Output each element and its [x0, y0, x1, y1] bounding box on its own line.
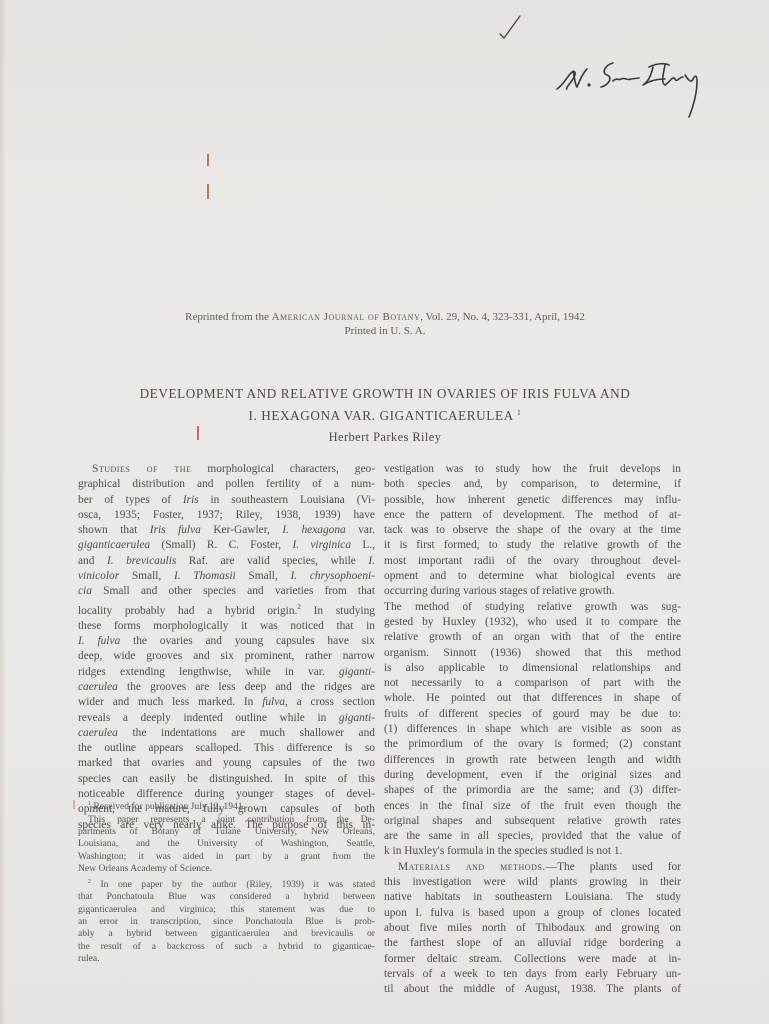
title-line-2: I. HEXAGONA VAR. GIGANTICAERULEA	[248, 408, 513, 423]
section-heading-line: Materials and methods.—The plants used f…	[384, 860, 681, 875]
text-line: cia Small and other species and varietie…	[78, 584, 375, 599]
text-line: former deltaic stream. Collections were …	[384, 952, 681, 967]
text-line: both species and, by comparison, to dete…	[384, 477, 681, 492]
text-line: it is first formed, to study the relativ…	[384, 538, 681, 553]
footnote-line: Washington; it was aided in part by a gr…	[78, 851, 375, 863]
footnote-line: rulea.	[78, 953, 375, 965]
reprint-prefix: Reprinted from the	[185, 311, 271, 323]
text-line: possible, how inherent genetic differenc…	[384, 493, 681, 508]
footnote-1: 1 Received for publication July 12, 1941…	[78, 798, 375, 814]
text-line: fruits of different species of gourd may…	[384, 707, 681, 722]
text-line: ences in the final size of the fruit eve…	[384, 799, 681, 814]
text-line: whole. He pointed out that differences i…	[384, 691, 681, 706]
text-line: locality probably had a hybrid origin.2 …	[78, 600, 375, 619]
text-line: graphical distribution and pollen fertil…	[78, 477, 375, 492]
printed-in: Printed in U. S. A.	[100, 324, 670, 338]
journal-name: American Journal of Botany	[272, 311, 421, 323]
footnote-line: that Ponchatoula Blue was considered a h…	[78, 891, 375, 903]
text-line: vestigation was to study how the fruit d…	[384, 462, 681, 477]
text-line: The method of studying relative growth w…	[384, 600, 681, 615]
article-author: Herbert Parkes Riley	[60, 430, 710, 445]
text-line: (1) differences in shape which are visib…	[384, 722, 681, 737]
pink-margin-mark	[73, 800, 75, 809]
text-line: about five miles north of Thibodaux and …	[384, 921, 681, 936]
text-line: the outline appears scalloped. This diff…	[78, 741, 375, 756]
text-line: vinicolor Small, I. Thomasii Small, I. c…	[78, 569, 375, 584]
handwritten-signature-icon	[553, 55, 733, 125]
text-line: relative growth of an organ with that of…	[384, 630, 681, 645]
text-line: I. fulva the ovaries and young capsules …	[78, 634, 375, 649]
text-line: native habitats in southeastern Louisian…	[384, 890, 681, 905]
text-line: reveals a deeply indented outline while …	[78, 711, 375, 726]
text-line: giganticaerulea (Small) R. C. Foster, I.…	[78, 538, 375, 553]
reprint-notice: Reprinted from the American Journal of B…	[100, 310, 670, 338]
text-line: and I. brevicaulis Raf. are valid specie…	[78, 554, 375, 569]
text-line: organism. Sinnott (1936) showed that thi…	[384, 646, 681, 661]
title-line-1: DEVELOPMENT AND RELATIVE GROWTH IN OVARI…	[60, 384, 710, 403]
text-line: the farthest slope of an alluvial ridge …	[384, 936, 681, 951]
text-line: during development, even if the original…	[384, 768, 681, 783]
text-line: the primordium of the ovary is formed; (…	[384, 737, 681, 752]
text-line: wider and much less marked. In fulva, a …	[78, 695, 375, 710]
text-line: upon I. fulva is based upon a group of c…	[384, 906, 681, 921]
checkmark-icon	[496, 10, 536, 40]
footnotes: 1 Received for publication July 12, 1941…	[78, 798, 375, 966]
text-line: Studies of the morphological characters,…	[78, 462, 375, 477]
title-footnote-mark: 1	[517, 408, 522, 417]
text-line: is also applicable to dimensional relati…	[384, 661, 681, 676]
text-line: this investigation were wild plants grow…	[384, 875, 681, 890]
text-line: opment and to determine what biological …	[384, 569, 681, 584]
text-line: osca, 1935; Foster, 1937; Riley, 1938, 1…	[78, 508, 375, 523]
footnote-line: giganticaerulea and virginica; this stat…	[78, 904, 375, 916]
left-column-body: Studies of the morphological characters,…	[78, 462, 375, 833]
text-line: species can easily be distinguished. In …	[78, 772, 375, 787]
text-line: ber of types of Iris in southeastern Lou…	[78, 493, 375, 508]
right-column-body: vestigation was to study how the fruit d…	[384, 462, 681, 997]
text-line: caerulea the indentations are much shall…	[78, 726, 375, 741]
footnote-line: ably a hybrid between giganticaerulea an…	[78, 928, 375, 940]
footnote-line: This paper represents a joint contributi…	[78, 814, 375, 826]
pink-margin-mark	[207, 154, 209, 166]
footnote-2: 2 In one paper by the author (Riley, 193…	[78, 876, 375, 892]
text-line: shown that Iris fulva Ker-Gawler, I. hex…	[78, 523, 375, 538]
text-line: marked that ovaries and young capsules o…	[78, 756, 375, 771]
text-line: tervals of a week to ten days from early…	[384, 967, 681, 982]
footnote-line: an error in transcription, since Ponchat…	[78, 916, 375, 928]
footnote-line: the result of a backcross of such a hybr…	[78, 941, 375, 953]
text-line: til about the middle of August, 1938. Th…	[384, 982, 681, 997]
text-line: these forms morphologically it was notic…	[78, 619, 375, 634]
page-edge-shadow	[0, 0, 6, 1024]
text-line: original shapes and subsequent relative …	[384, 814, 681, 829]
text-line: occurring during various stages of relat…	[384, 584, 681, 599]
footnote-line: Louisiana, and the University of Washing…	[78, 838, 375, 850]
text-line: ridges extending lengthwise, while in va…	[78, 665, 375, 680]
footnote-line: partments of Botany of Tulane University…	[78, 826, 375, 838]
text-line: most important radii of the ovary throug…	[384, 554, 681, 569]
paper-page: Reprinted from the American Journal of B…	[0, 0, 769, 1024]
reprint-citation: , Vol. 29, No. 4, 323-331, April, 1942	[420, 311, 585, 323]
text-line: tack was to observe the shape of the ova…	[384, 523, 681, 538]
text-line: deep, wide grooves and six prominent, ra…	[78, 649, 375, 664]
text-line: differences in growth rate between lengt…	[384, 753, 681, 768]
article-title: DEVELOPMENT AND RELATIVE GROWTH IN OVARI…	[60, 384, 710, 425]
text-line: are the same in all species, provided th…	[384, 829, 681, 844]
text-line: shapes of the primordia are the same; an…	[384, 783, 681, 798]
footnote-line: New Orleans Academy of Science.	[78, 863, 375, 875]
section-heading: Materials and methods.	[398, 861, 546, 873]
text-line: gested by Huxley (1932), who used it to …	[384, 615, 681, 630]
text-line: caerulea the grooves are less deep and t…	[78, 680, 375, 695]
text-line: not necessarily to a comparison of part …	[384, 676, 681, 691]
pink-margin-mark	[207, 184, 209, 199]
text-line: k in Huxley's formula in the species stu…	[384, 844, 681, 859]
text-line: ence the pattern of development. The met…	[384, 508, 681, 523]
